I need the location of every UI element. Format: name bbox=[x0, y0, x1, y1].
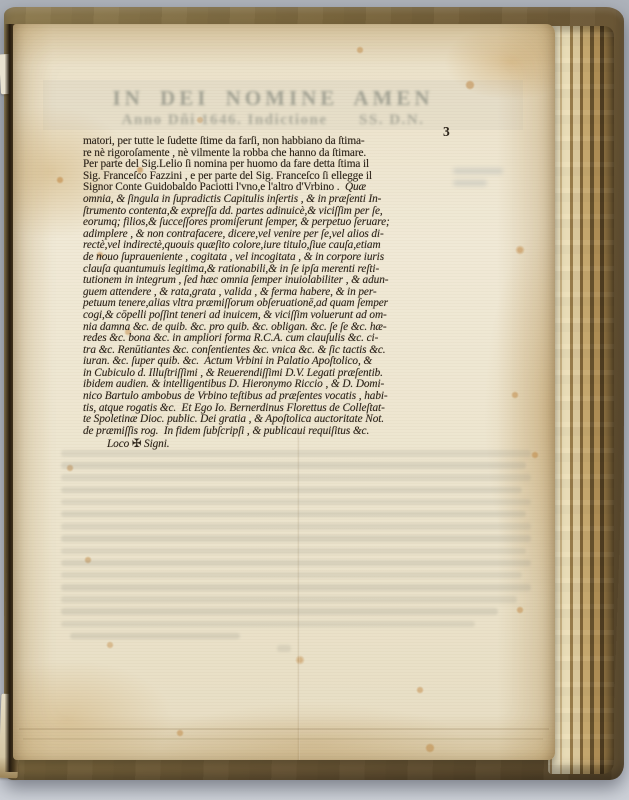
ghost-line bbox=[61, 462, 526, 469]
ghost-line bbox=[61, 535, 531, 542]
horizontal-crease bbox=[23, 738, 543, 740]
book-page: IN DEI NOMINE AMEN Anno Dñi 1646. Indict… bbox=[13, 24, 555, 760]
ghost-line bbox=[61, 450, 531, 457]
text-run: guem attendere , & rata,grata , valida ,… bbox=[83, 286, 377, 298]
ghost-line bbox=[61, 499, 531, 506]
text-run: ſtrumento contenta,& expreſſa dd. partes… bbox=[83, 205, 383, 217]
ghost-line bbox=[61, 572, 522, 579]
text-run: adimplere , & non contrafacere, dicere,v… bbox=[83, 228, 384, 240]
text-run: tutionem in integrum , ſed hæc omnia ſem… bbox=[83, 274, 388, 286]
text-run: nia damna &c. de quib. &c. pro quib. &c.… bbox=[83, 321, 387, 333]
text-run: ✠ bbox=[132, 438, 141, 450]
text-run: Signor Conte Guidobaldo Paciotti l'vno,e… bbox=[83, 181, 345, 193]
ghost-line bbox=[277, 645, 291, 652]
ghost-line bbox=[61, 596, 517, 603]
text-run: cogi,& cōpelli poſſint teneri ad inuicem… bbox=[83, 309, 387, 321]
text-run: tra &c. Renūtiantes &c. conſentientes &c… bbox=[83, 344, 386, 356]
text-run: iuran. &c. ſuper quib. &c. Actum Vrbini … bbox=[83, 355, 372, 367]
text-run: Loco bbox=[107, 438, 132, 450]
ghost-line bbox=[61, 621, 475, 628]
text-run: petuum tenere,alias vltra præmiſſorum ob… bbox=[83, 297, 388, 309]
ghost-line bbox=[61, 608, 498, 615]
text-run: eorumq; filios,& ſucceſſores promiſerunt… bbox=[83, 216, 390, 228]
text-run: ibidem audien. & intelligentibus D. Hier… bbox=[83, 378, 384, 390]
text-block: matori, per tutte le ſudette ſtime da fa… bbox=[83, 136, 461, 451]
show-through-heading: IN DEI NOMINE AMEN bbox=[71, 86, 475, 111]
text-run: matori, per tutte le ſudette ſtime da fa… bbox=[83, 135, 365, 147]
ghost-line bbox=[61, 523, 531, 530]
text-run: tis, atque rogatis &c. Et Ego Io. Berner… bbox=[83, 402, 385, 414]
text-run: nico Bartulo ambobus de Vrbino teſtibus … bbox=[83, 390, 388, 402]
ghost-line bbox=[61, 487, 522, 494]
horizontal-crease bbox=[19, 728, 549, 730]
text-run: re nè rigoroſamente , nè vilmente la rob… bbox=[83, 147, 366, 159]
fore-edge-texture bbox=[548, 26, 614, 774]
ghost-line bbox=[61, 584, 531, 591]
text-run: redes &c. bona &c. in ampliori forma R.C… bbox=[83, 332, 378, 344]
text-run: Quæ bbox=[345, 181, 366, 193]
show-through-subheading: Anno Dñi 1646. Indictione SS. D.N. bbox=[53, 112, 493, 129]
text-run: de præmiſſis rog. In fidem ſubſcripſi , … bbox=[83, 425, 369, 437]
fore-edge-page-stack bbox=[548, 26, 614, 774]
text-run: Signi. bbox=[141, 438, 169, 450]
photo-background: IN DEI NOMINE AMEN Anno Dñi 1646. Indict… bbox=[0, 0, 629, 800]
text-run: rectè,vel indirectè,quouis quæſito color… bbox=[83, 239, 381, 251]
ghost-line bbox=[61, 560, 531, 567]
ghost-text-block bbox=[61, 450, 531, 657]
text-run: te Spoletinæ Dioc. public. Dei gratia , … bbox=[83, 413, 384, 425]
text-run: de nouo ſupraueniente , cogitata , vel i… bbox=[83, 251, 384, 263]
text-run: in Cubiculo d. Illuſtriſſimi , & Reueren… bbox=[83, 367, 383, 379]
ghost-line bbox=[61, 548, 526, 555]
ghost-line bbox=[61, 511, 526, 518]
ghost-line bbox=[70, 633, 239, 640]
text-line: de præmiſſis rog. In fidem ſubſcripſi , … bbox=[83, 426, 461, 438]
text-run: omnia, & ſingula in ſupradictis Capituli… bbox=[83, 193, 381, 205]
text-run: Per parte del Sig.Lelio ſi nomina per hu… bbox=[83, 158, 369, 170]
text-run: clauſa quantumuis legitima,& rationabili… bbox=[83, 263, 379, 275]
text-run: Sig. Franceſco Fazzini , e per parte del… bbox=[83, 170, 372, 182]
ghost-line bbox=[61, 474, 531, 481]
